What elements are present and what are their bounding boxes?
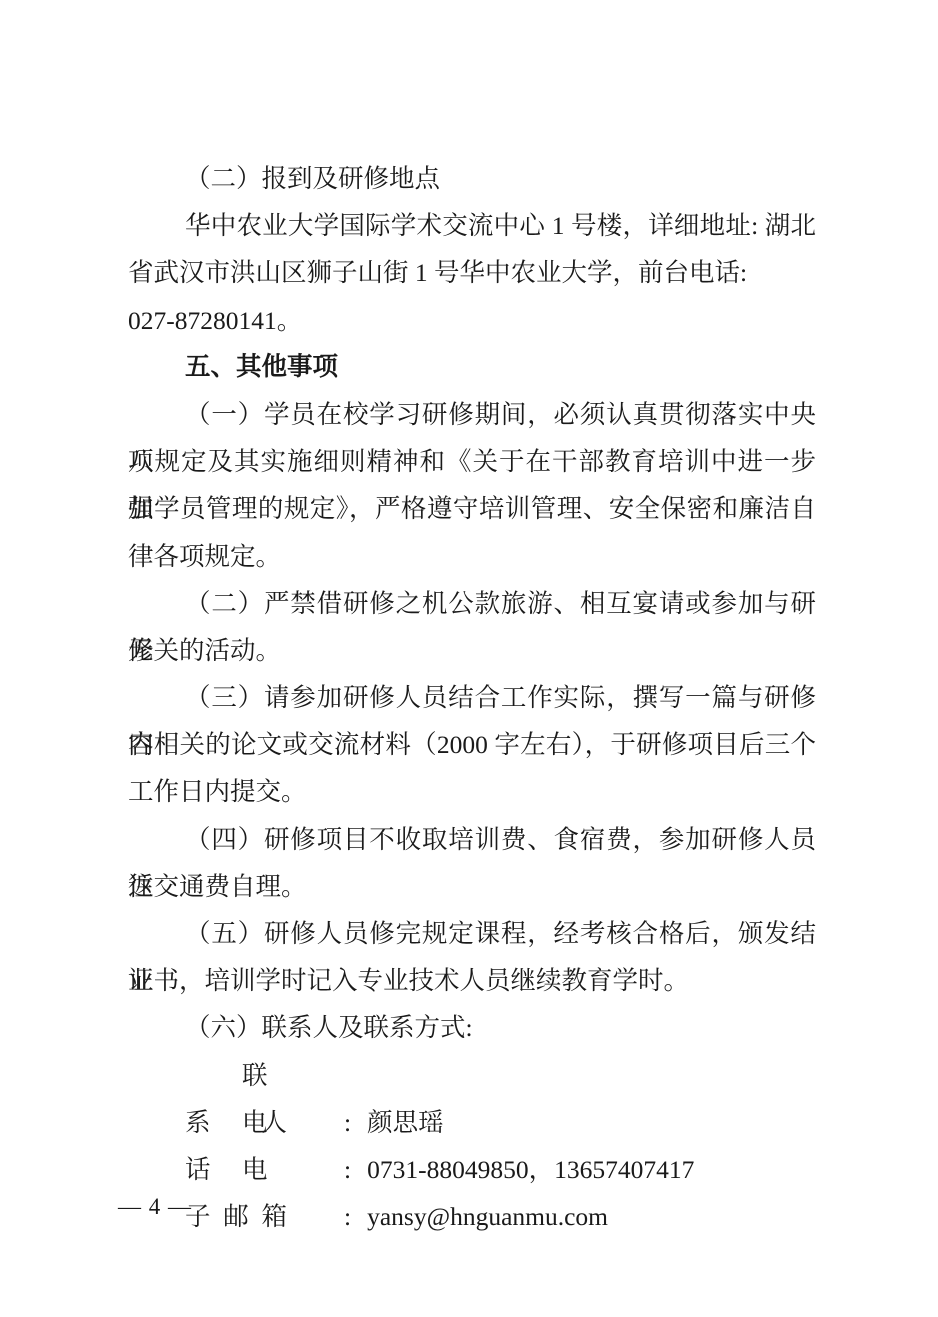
text-line: （二）报到及研修地点 (128, 155, 816, 202)
text-line: （二）严禁借研修之机公款旅游、相互宴请或参加与研修 (128, 580, 816, 627)
text-line: 工作日内提交。 (128, 768, 816, 815)
document-content: （二）报到及研修地点华中农业大学国际学术交流中心 1 号楼，详细地址: 湖北省武… (128, 155, 816, 1193)
text-line: （六）联系人及联系方式: (128, 1004, 816, 1051)
text-line: 强学员管理的规定》，严格遵守培训管理、安全保密和廉洁自 (128, 485, 816, 532)
text-line: （四）研修项目不收取培训费、食宿费，参加研修人员往 (128, 816, 816, 863)
section-heading: 五、其他事项 (128, 344, 816, 391)
text-line: 省武汉市洪山区狮子山街 1 号华中农业大学，前台电话: (128, 249, 816, 296)
text-line: 无关的活动。 (128, 627, 816, 674)
contact-line: 联系人:颜思瑶 (128, 1052, 816, 1099)
text-line: 返交通费自理。 (128, 863, 816, 910)
text-line: 证书，培训学时记入专业技术人员继续教育学时。 (128, 957, 816, 1004)
text-line: （五）研修人员修完规定课程，经考核合格后，颁发结业 (128, 910, 816, 957)
contact-value: yansy@hnguanmu.com (367, 1202, 608, 1231)
contact-line: 电话:0731-88049850，13657407417 (128, 1099, 816, 1146)
text-line: （一）学员在校学习研修期间，必须认真贯彻落实中央八 (128, 391, 816, 438)
document-page: （二）报到及研修地点华中农业大学国际学术交流中心 1 号楼，详细地址: 湖北省武… (0, 0, 938, 1317)
page-number: — 4 — (118, 1194, 192, 1220)
contact-line: 电子邮箱:yansy@hnguanmu.com (128, 1146, 816, 1193)
contact-separator: : (287, 1193, 351, 1240)
text-line: （三）请参加研修人员结合工作实际，撰写一篇与研修内 (128, 674, 816, 721)
text-line: 律各项规定。 (128, 533, 816, 580)
text-line: 容相关的论文或交流材料（2000 字左右），于研修项目后三个 (128, 721, 816, 768)
text-line: 027-87280141。 (128, 297, 816, 344)
contact-label: 电子邮箱 (185, 1146, 287, 1240)
text-line: 华中农业大学国际学术交流中心 1 号楼，详细地址: 湖北 (128, 202, 816, 249)
text-line: 项规定及其实施细则精神和《关于在干部教育培训中进一步加 (128, 438, 816, 485)
